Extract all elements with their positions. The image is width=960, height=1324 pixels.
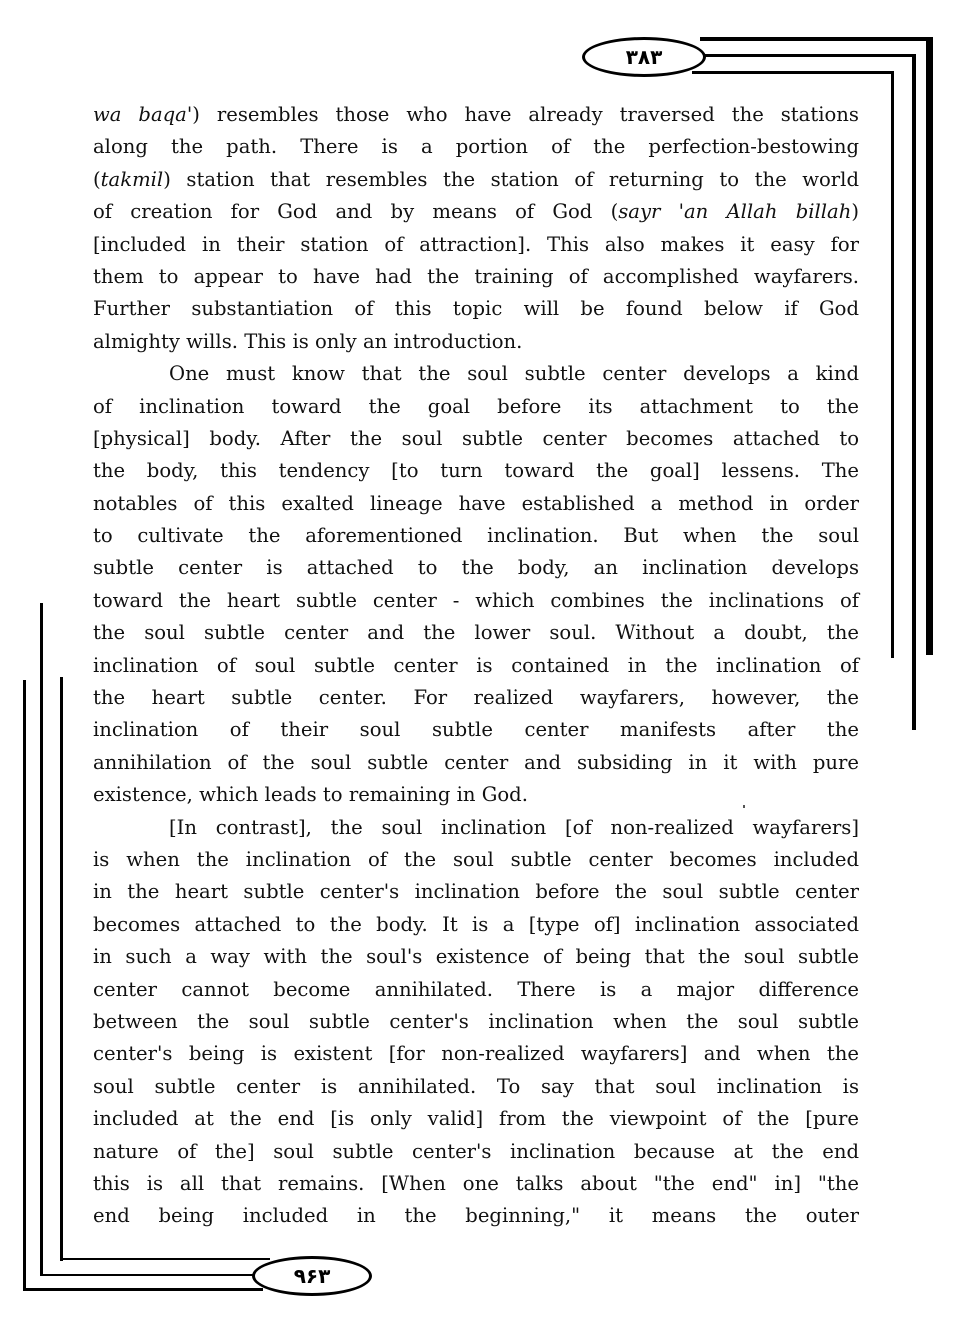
frame-left-inner-line xyxy=(60,677,63,1261)
frame-right-outer-line xyxy=(926,37,933,655)
text-line: inclination of soul subtle center is con… xyxy=(93,650,859,682)
text-segment: is when the inclination of the soul subt… xyxy=(93,848,859,871)
text-segment: of inclination toward the goal before it… xyxy=(93,395,859,418)
text-segment: center's being is existent [for non-real… xyxy=(93,1042,859,1065)
text-line: soul subtle center is annihilated. To sa… xyxy=(93,1071,859,1103)
header-page-number-oval: ۳۸۳ xyxy=(582,37,706,77)
italic-term: wa baqa' xyxy=(93,103,192,126)
text-segment: ( xyxy=(93,168,101,191)
text-line: center cannot become annihilated. There … xyxy=(93,974,859,1006)
text-line: [physical] body. After the soul subtle c… xyxy=(93,423,859,455)
text-segment: center cannot become annihilated. There … xyxy=(93,978,859,1001)
text-segment: along the path. There is a portion of th… xyxy=(93,135,859,158)
text-segment: end being included in the beginning," it… xyxy=(93,1204,859,1227)
text-line: almighty wills. This is only an introduc… xyxy=(93,326,859,358)
text-segment: between the soul subtle center's inclina… xyxy=(93,1010,859,1033)
text-segment: the body, this tendency [to turn toward … xyxy=(93,459,859,482)
text-segment: in the heart subtle center's inclination… xyxy=(93,880,859,903)
text-segment: One must know that the soul subtle cente… xyxy=(169,362,859,385)
text-segment: subtle center is attached to the body, a… xyxy=(93,556,859,579)
text-segment: the heart subtle center. For realized wa… xyxy=(93,686,859,709)
text-segment: included at the end [is only valid] from… xyxy=(93,1107,859,1130)
frame-right-middle-line xyxy=(912,54,916,730)
text-line: of creation for God and by means of God … xyxy=(93,196,859,228)
italic-term: sayr 'an Allah billah xyxy=(618,200,851,223)
text-line: end being included in the beginning," it… xyxy=(93,1200,859,1232)
frame-left-middle-line xyxy=(40,603,43,1276)
frame-bottom-inner-line xyxy=(60,1258,270,1260)
text-segment: [included in their station of attraction… xyxy=(93,233,859,256)
text-segment: nature of the] soul subtle center's incl… xyxy=(93,1140,859,1163)
text-line: inclination of their soul subtle center … xyxy=(93,714,859,746)
text-segment: this is all that remains. [When one talk… xyxy=(93,1172,859,1195)
header-page-number: ۳۸۳ xyxy=(626,45,663,69)
text-segment: inclination of their soul subtle center … xyxy=(93,718,859,741)
text-segment: [physical] body. After the soul subtle c… xyxy=(93,427,859,450)
text-segment: almighty wills. This is only an introduc… xyxy=(93,330,522,353)
text-segment: them to appear to have had the training … xyxy=(93,265,859,288)
text-line: between the soul subtle center's inclina… xyxy=(93,1006,859,1038)
text-segment: [In contrast], the soul inclination [of … xyxy=(169,816,859,839)
text-line: One must know that the soul subtle cente… xyxy=(93,358,859,390)
text-line: existence, which leads to remaining in G… xyxy=(93,779,859,811)
text-line: in such a way with the soul's existence … xyxy=(93,941,859,973)
text-line: [In contrast], the soul inclination [of … xyxy=(93,812,859,844)
text-line: Further substantiation of this topic wil… xyxy=(93,293,859,325)
text-line: is when the inclination of the soul subt… xyxy=(93,844,859,876)
text-line: the soul subtle center and the lower sou… xyxy=(93,617,859,649)
text-segment: annihilation of the soul subtle center a… xyxy=(93,751,859,774)
text-line: of inclination toward the goal before it… xyxy=(93,391,859,423)
frame-left-outer-line xyxy=(23,680,26,1290)
text-segment: ) station that resembles the station of … xyxy=(163,168,859,191)
text-segment: in such a way with the soul's existence … xyxy=(93,945,859,968)
italic-term: takmil xyxy=(101,168,164,191)
text-line: subtle center is attached to the body, a… xyxy=(93,552,859,584)
text-line: this is all that remains. [When one talk… xyxy=(93,1168,859,1200)
text-segment: soul subtle center is annihilated. To sa… xyxy=(93,1075,859,1098)
text-line: along the path. There is a portion of th… xyxy=(93,131,859,163)
text-segment: ) resembles those who have already trave… xyxy=(192,103,859,126)
text-line: (takmil) station that resembles the stat… xyxy=(93,164,859,196)
footer-page-number: ۹۶۳ xyxy=(294,1264,331,1288)
text-line: center's being is existent [for non-real… xyxy=(93,1038,859,1070)
footer-page-number-oval: ۹۶۳ xyxy=(252,1256,372,1296)
frame-top-inner-line xyxy=(692,71,894,74)
text-line: the body, this tendency [to turn toward … xyxy=(93,455,859,487)
text-line: included at the end [is only valid] from… xyxy=(93,1103,859,1135)
text-segment: of creation for God and by means of God … xyxy=(93,200,618,223)
text-segment: toward the heart subtle center - which c… xyxy=(93,589,859,612)
text-line: becomes attached to the body. It is a [t… xyxy=(93,909,859,941)
text-line: to cultivate the aforementioned inclinat… xyxy=(93,520,859,552)
text-segment: becomes attached to the body. It is a [t… xyxy=(93,913,859,936)
text-line: wa baqa') resembles those who have alrea… xyxy=(93,99,859,131)
text-line: notables of this exalted lineage have es… xyxy=(93,488,859,520)
text-segment: notables of this exalted lineage have es… xyxy=(93,492,859,515)
frame-top-middle-line xyxy=(702,54,916,57)
frame-bottom-outer-line xyxy=(23,1288,263,1291)
body-text: wa baqa') resembles those who have alrea… xyxy=(93,99,859,1233)
frame-bottom-middle-line xyxy=(40,1274,255,1276)
text-segment: Further substantiation of this topic wil… xyxy=(93,297,859,320)
frame-top-outer-line xyxy=(700,37,933,41)
text-line: annihilation of the soul subtle center a… xyxy=(93,747,859,779)
text-segment: to cultivate the aforementioned inclinat… xyxy=(93,524,859,547)
text-segment: the soul subtle center and the lower sou… xyxy=(93,621,859,644)
frame-right-inner-line xyxy=(891,71,894,658)
text-segment: ) xyxy=(851,200,859,223)
text-line: nature of the] soul subtle center's incl… xyxy=(93,1136,859,1168)
text-line: them to appear to have had the training … xyxy=(93,261,859,293)
text-line: [included in their station of attraction… xyxy=(93,229,859,261)
text-segment: inclination of soul subtle center is con… xyxy=(93,654,859,677)
text-segment: existence, which leads to remaining in G… xyxy=(93,783,528,806)
text-line: toward the heart subtle center - which c… xyxy=(93,585,859,617)
text-line: in the heart subtle center's inclination… xyxy=(93,876,859,908)
text-line: the heart subtle center. For realized wa… xyxy=(93,682,859,714)
